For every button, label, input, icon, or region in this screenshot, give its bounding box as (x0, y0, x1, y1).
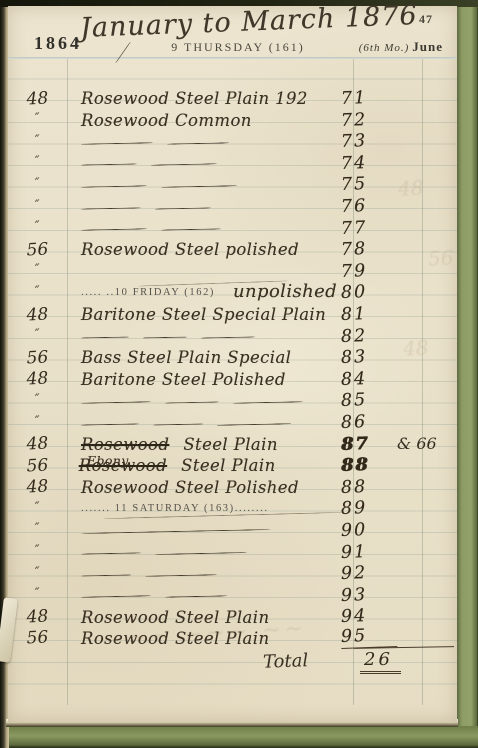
entry-number-cell: 77 (341, 219, 398, 238)
ditto-dash (151, 164, 217, 166)
ledger-row: ″91 (8, 539, 457, 561)
description-cell: Rosewood Common (67, 112, 341, 129)
entry-number-cell: 71 (341, 89, 398, 108)
entry-text: Bass Steel Plain Special (81, 349, 291, 366)
description-cell: Rosewood Steel Plain (67, 609, 341, 626)
ledger-row: 56Bass Steel Plain Special83 (8, 345, 457, 367)
description-cell (67, 164, 341, 172)
ledger-page: January to March 1876 47 1864 9 THURSDAY… (8, 6, 457, 722)
description-cell: RosewoodSteel Plain (67, 436, 341, 453)
diary-page-photo: January to March 1876 47 1864 9 THURSDAY… (0, 0, 478, 748)
ditto-dash (81, 185, 147, 187)
description-cell (67, 575, 341, 583)
printed-day-heading: 9 THURSDAY (161) (128, 40, 348, 55)
quantity-cell: 48 (8, 478, 68, 498)
description-cell: Bass Steel Plain Special (67, 349, 341, 366)
ditto-dash (81, 529, 271, 534)
quantity-cell: ″ (8, 391, 68, 411)
entry-text: Rosewood Steel polished (81, 241, 299, 258)
book-cover-right (455, 0, 478, 748)
ledger-row: ″92 (8, 561, 457, 583)
description-cell (67, 208, 341, 216)
entry-number-cell: 83 (341, 348, 398, 367)
ledger-row: ″74 (8, 151, 457, 173)
ledger-row: 56Rosewood Steel Plain95 (8, 626, 457, 648)
ledger-row: ″85 (8, 388, 457, 410)
description-cell: Baritone Steel Special Plain (67, 306, 341, 323)
ledger-row: ″82 (8, 324, 457, 346)
entry-number-cell: 81 (341, 305, 398, 324)
entry-number-cell: 78 (341, 240, 398, 259)
ledger-row: 48Baritone Steel Polished84 (8, 367, 457, 389)
month-qualifier: (6th Mo.) (359, 42, 410, 54)
entry-number-cell: 95 (341, 627, 398, 648)
ledger-rows: 48Rosewood Steel Plain 19271″Rosewood Co… (8, 86, 457, 647)
description-cell: Rosewood Steel polished (67, 241, 341, 258)
entry-text: Steel Plain (183, 436, 278, 453)
book-cover-bottom (0, 726, 478, 748)
ditto-dash (153, 423, 203, 425)
quantity-cell: 56 (8, 456, 68, 476)
description-cell: Baritone Steel Polished (67, 371, 341, 388)
entry-number-cell: 85 (341, 391, 398, 410)
entry-number-cell: 92 (341, 564, 398, 583)
entry-text: Baritone Steel Polished (81, 371, 286, 388)
ditto-dash (161, 229, 221, 231)
entry-number-cell: 89 (341, 499, 398, 518)
ledger-row: 56Rosewood Steel polished78 (8, 237, 457, 259)
entry-number-cell: 84 (341, 370, 398, 389)
quantity-cell: 48 (8, 435, 68, 455)
quantity-cell: ″ (8, 262, 68, 282)
ledger-row: ″90 (8, 518, 457, 540)
ditto-dash (145, 574, 217, 577)
quantity-cell: 56 (8, 240, 68, 260)
description-cell (67, 186, 341, 194)
entry-number-cell: 93 (341, 586, 398, 605)
ledger-row: 48RosewoodSteel Plain87& 66 (8, 432, 457, 454)
struck-word: Rosewood (81, 436, 169, 453)
ledger-row: 48Baritone Steel Special Plain81 (8, 302, 457, 324)
ledger-row: ″73 (8, 129, 457, 151)
entry-number-cell: 79 (341, 262, 398, 281)
quantity-cell: ″ (8, 132, 68, 152)
folio-number: 47 (419, 12, 433, 27)
ditto-dash (81, 337, 129, 339)
quantity-cell: 48 (8, 305, 68, 325)
total-value: 26 (360, 649, 401, 674)
description-cell (67, 424, 341, 432)
ditto-dash (81, 574, 131, 576)
description-cell (67, 337, 341, 345)
description-cell: Rosewood Steel Plain 192 (67, 90, 341, 107)
description-cell: ..... ..10 FRIDAY (162)unpolished (67, 283, 341, 302)
entry-number-cell: 72 (341, 111, 398, 130)
ditto-dash (165, 596, 227, 598)
header-divider (8, 57, 457, 59)
ledger-row: 48Rosewood Steel Plain94 (8, 604, 457, 626)
handwritten-title: January to March 1876 (80, 0, 441, 44)
ledger-row: ″79 (8, 259, 457, 281)
entry-number-cell: 88 (341, 478, 398, 497)
printed-day-label: ....... 11 SATURDAY (163)........ (81, 503, 269, 518)
ditto-dash (81, 142, 153, 145)
printed-year: 1864 (34, 33, 82, 54)
total-label: Total (263, 650, 309, 673)
entry-text: Baritone Steel Special Plain (81, 306, 326, 323)
entry-text: unpolished (233, 283, 337, 302)
quantity-cell: ″ (8, 413, 68, 433)
entry-text: Rosewood Steel Plain 192 (81, 90, 308, 107)
entry-number-cell: 75 (341, 175, 398, 194)
ditto-dash (81, 207, 141, 209)
ditto-dash (81, 228, 147, 230)
description-cell (67, 402, 341, 410)
ledger-row: 48Rosewood Steel Polished88 (8, 475, 457, 497)
description-cell (67, 553, 341, 561)
description-cell: Rosewood Steel Polished (67, 479, 341, 496)
entry-number-cell: 88 (341, 456, 398, 475)
entry-number-cell: 82 (341, 327, 398, 346)
ledger-row: ″86 (8, 410, 457, 432)
entry-number-cell: 90 (341, 521, 398, 540)
quantity-cell: ″ (8, 219, 68, 239)
entry-text: Rosewood Steel Plain (81, 630, 270, 647)
description-cell (67, 229, 341, 237)
margin-annotation: & 66 (397, 434, 457, 453)
ledger-row: 48Rosewood Steel Plain 19271 (8, 86, 457, 108)
entry-text: Rosewood Steel Plain (81, 609, 270, 626)
ledger-row: ″75 (8, 172, 457, 194)
entry-number-cell: 80 (341, 283, 398, 302)
quantity-cell: ″ (8, 543, 68, 563)
ledger-row: ″93 (8, 583, 457, 605)
quantity-cell: 56 (8, 629, 68, 649)
description-cell: EbonyRosewoodSteel Plain (67, 457, 341, 474)
entry-number-cell: 91 (341, 543, 398, 562)
ditto-dash (167, 142, 229, 144)
ledger-row: ″77 (8, 216, 457, 238)
description-cell (67, 531, 341, 539)
quantity-cell: ″ (8, 564, 68, 584)
ditto-dash (81, 164, 137, 166)
entry-number-cell: 74 (341, 154, 398, 173)
entry-number-cell: 73 (341, 132, 398, 151)
ledger-row: ″....... 11 SATURDAY (163)........89 (8, 496, 457, 518)
entry-number-cell: 76 (341, 197, 398, 216)
ditto-dash (217, 423, 291, 426)
description-cell: Rosewood Steel Plain (67, 630, 341, 647)
entry-number-cell: 87 (341, 435, 398, 454)
quantity-cell: ″ (8, 499, 68, 519)
entry-number-cell: 94 (341, 607, 398, 626)
ledger-row: ″76 (8, 194, 457, 216)
ditto-dash (81, 552, 141, 554)
entry-number-cell: 86 (341, 413, 398, 432)
ditto-dash (165, 401, 219, 403)
printed-month-heading: (6th Mo.) June (359, 39, 443, 55)
quantity-cell: ″ (8, 154, 68, 174)
ditto-dash (201, 337, 255, 339)
entry-text: Rosewood Common (81, 112, 252, 129)
inserted-word: Ebony (87, 454, 129, 467)
ditto-dash (81, 401, 151, 403)
ditto-dash (233, 401, 303, 403)
ditto-dash (161, 185, 237, 188)
ditto-dash (143, 337, 187, 339)
quantity-cell: 48 (8, 89, 68, 109)
entry-text: Steel Plain (181, 457, 276, 474)
description-cell: ....... 11 SATURDAY (163)........ (67, 503, 341, 518)
quantity-cell: 48 (8, 607, 68, 627)
description-cell (67, 596, 341, 604)
quantity-cell: ″ (8, 197, 68, 217)
ledger-row: ″Rosewood Common72 (8, 108, 457, 130)
ledger-row: 56EbonyRosewoodSteel Plain88 (8, 453, 457, 475)
printed-day-label: ..... ..10 FRIDAY (162) (81, 287, 215, 302)
ditto-dash (155, 552, 247, 555)
description-cell (67, 143, 341, 151)
quantity-cell: 56 (8, 348, 68, 368)
ditto-dash (81, 596, 151, 598)
quantity-cell: ″ (8, 283, 68, 303)
quantity-cell: ″ (8, 521, 68, 541)
ditto-dash (81, 423, 139, 425)
quantity-cell: ″ (8, 111, 68, 131)
quantity-cell: ″ (8, 327, 68, 347)
ledger-row: ″..... ..10 FRIDAY (162)unpolished80 (8, 280, 457, 302)
quantity-cell: ″ (8, 175, 68, 195)
month-name: June (412, 39, 443, 54)
ditto-dash (155, 207, 211, 209)
entry-text: Rosewood Steel Polished (81, 479, 299, 496)
quantity-cell: 48 (8, 370, 68, 390)
